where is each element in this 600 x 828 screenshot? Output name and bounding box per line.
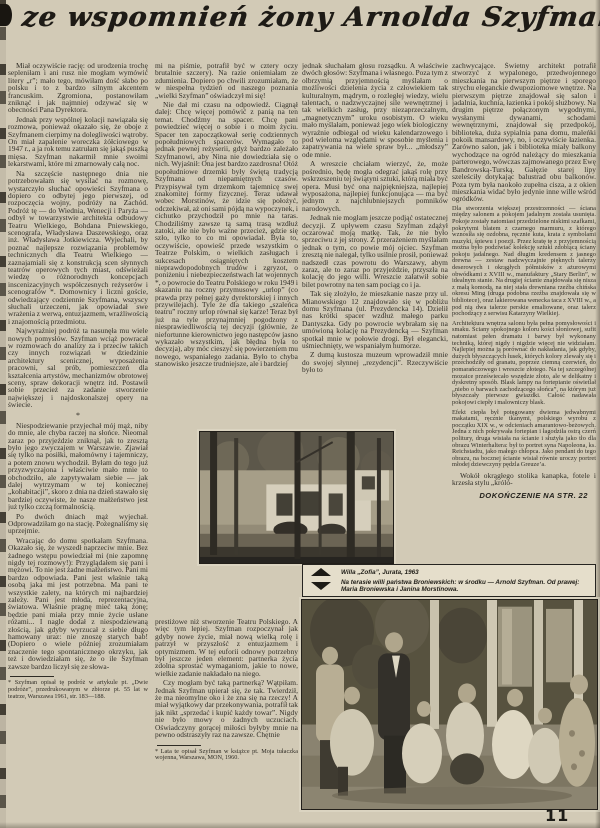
text-column-1: Miał oczywiście rację: od urodzenia troc… [8, 62, 148, 824]
footnote-rule [10, 676, 54, 677]
caption-row-terrace: Na terasie willi państwa Broniewskich: w… [311, 579, 589, 593]
text-column-2-lower: prestiżowe niż stworzenie Teatru Polskie… [155, 618, 298, 824]
scan-corner-mark [0, 4, 12, 26]
arrow-up-icon [311, 568, 331, 576]
text-column-3: jednak słuchałam głosu rozsądku. A właśc… [302, 62, 448, 429]
paragraph-petit: Efekt ciepła był potęgowany dwiema jedwa… [452, 410, 596, 469]
paragraph: Z dumą kustosza muzeum wprowadził mnie d… [302, 351, 448, 373]
terrace-group-photo [301, 599, 598, 810]
newspaper-page: ze wspomnień żony Arnolda Szyfmana (1) M… [0, 0, 600, 828]
paragraph: prestiżowe niż stworzenie Teatru Polskie… [155, 618, 298, 677]
paragraph: Czy mogłam być taką partnerką? Wątpiłam.… [155, 679, 298, 738]
paragraph: Na szczęście następnego dnia nie potrzeb… [8, 170, 148, 326]
photo-caption-box: Willa „Zofia”, Jurata, 1963 Na terasie w… [302, 564, 596, 597]
paragraph: mi na piśmie, potrafił być w cztery oczy… [155, 62, 298, 99]
paragraph: Jednak nie mogłam jeszcze podjąć ostatec… [302, 214, 448, 288]
caption-row-villa: Willa „Zofia”, Jurata, 1963 [311, 568, 589, 576]
page-number: 11 [545, 806, 569, 825]
paragraph: A wreszcie chciałam wierzyć, że, może po… [302, 160, 448, 212]
paragraph: Niespodziewanie przyjechał mój mąż, niby… [8, 422, 148, 511]
text-column-4: zachwycające. Świetny architekt potrafił… [452, 62, 596, 568]
paragraph: Po dwóch dniach mąż wyjechał. Odprowadzi… [8, 513, 148, 535]
paragraph: Wokół okrągłego stolika kanapka, fotele … [452, 472, 596, 487]
paragraph: jednak słuchałam głosu rozsądku. A właśc… [302, 62, 448, 158]
footnote-rule [157, 745, 201, 746]
scan-edge-artifact [0, 0, 6, 828]
villa-caption: Willa „Zofia”, Jurata, 1963 [341, 569, 419, 576]
paragraph: Najwyraźniej podróż ta nasunęła mu wiele… [8, 327, 148, 408]
paragraph-petit: Dla stworzenia większej przestrzenności … [452, 206, 596, 318]
paragraph: Miał oczywiście rację: od urodzenia troc… [8, 62, 148, 114]
paragraph: Wracając do domu spotkałam Szyfmana. Oka… [8, 537, 148, 670]
footnote: * Lata te opisał Szyfman w książce pt. M… [155, 749, 298, 763]
paragraph: Tak się złożyło, że mieszkanie nasze prz… [302, 290, 448, 349]
paragraph: zachwycające. Świetny architekt potrafił… [452, 62, 596, 203]
article-title: ze wspomnień żony Arnolda Szyfmana [20, 2, 600, 33]
continued-on-page-note: DOKOŃCZENIE NA STR. 22 [452, 492, 596, 499]
paragraph: Nie dał mi czasu na odpowiedź. Ciągnął d… [155, 101, 298, 368]
text-column-2-upper: mi na piśmie, potrafił być w cztery oczy… [155, 62, 298, 429]
footnote: * Szyfman opisał tę podróż w artykule pt… [8, 680, 148, 701]
terrace-caption: Na terasie willi państwa Broniewskich: w… [341, 579, 589, 593]
arrow-down-icon [311, 582, 331, 590]
paragraph-petit: Architektura wnętrza salonu była pełna p… [452, 321, 596, 407]
villa-zofia-photo [199, 431, 394, 564]
section-divider-star: * [8, 411, 148, 420]
article-header: ze wspomnień żony Arnolda Szyfmana (1) [22, 2, 596, 33]
paragraph: Jednak przy wspólnej kolacji nawiązała s… [8, 116, 148, 168]
